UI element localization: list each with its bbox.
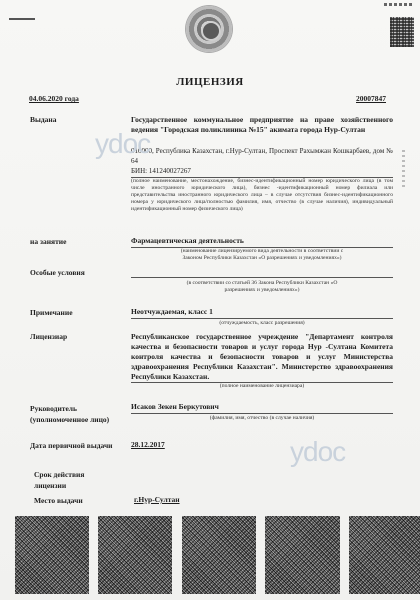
special-conditions-label: Особые условия [30,268,85,277]
document-title: ЛИЦЕНЗИЯ [0,76,420,88]
issue-date: 04.06.2020 года [29,94,79,103]
issued-to-note: (полное наименование, местонахождение, б… [131,178,393,213]
head-label: Руководитель [30,404,77,413]
remark-label: Примечание [30,308,73,317]
activity-value: Фармацевтическая деятельность [131,236,393,246]
head-value: Исаков Зекен Беркутович [131,402,393,412]
issued-to-label: Выдана [30,115,56,124]
divider [131,318,393,319]
issued-to-bin: БИН: 141240027267 [131,166,393,176]
first-issue-label: Дата первичной выдачи [30,441,113,450]
divider [131,277,393,278]
redacted-block [15,516,89,594]
issued-to-name: Государственное коммунальное предприятие… [131,115,393,135]
activity-label: на занятие [30,237,66,246]
first-issue-value: 28.12.2017 [131,440,393,450]
qr-code-icon [390,17,414,47]
divider [131,413,393,414]
emblem-center-icon [201,21,221,41]
validity-label-sub: лицензии [34,481,66,490]
serial-mark [384,3,414,6]
licensor-label: Лицензиар [30,332,67,341]
issued-to-address: 010000, Республика Казахстан, г.Нур-Султ… [131,146,393,166]
activity-note: (наименование лицензируемого вида деятел… [131,248,393,262]
redacted-block [265,516,340,594]
place-value: г.Нур-Султан [134,495,396,505]
place-label: Место выдачи [34,496,83,505]
license-number: 20007847 [356,94,386,103]
licensor-note: (полное наименование лицензиара) [131,383,393,390]
scan-artifact [402,150,405,190]
redacted-block [98,516,172,594]
license-document: ЛИЦЕНЗИЯ 04.06.2020 года 20007847 Выдана… [0,0,420,600]
licensor-value: Республиканское государственное учрежден… [131,332,393,382]
head-note: (фамилия, имя, отчество (в случае наличи… [131,415,393,422]
watermark: ydoc [290,436,345,468]
remark-note: (отчуждаемость, класс разрешения) [131,320,393,327]
redacted-block [182,516,256,594]
head-label-sub: (уполномоченное лицо) [30,415,109,424]
redacted-block [349,516,420,594]
validity-label: Срок действия [34,470,84,479]
remark-value: Неотчуждаемая, класс 1 [131,307,393,317]
watermark: ydoc [95,128,150,160]
scan-mark [9,18,35,20]
special-conditions-note: (в соответствии со статьей 36 Закона Рес… [131,280,393,294]
